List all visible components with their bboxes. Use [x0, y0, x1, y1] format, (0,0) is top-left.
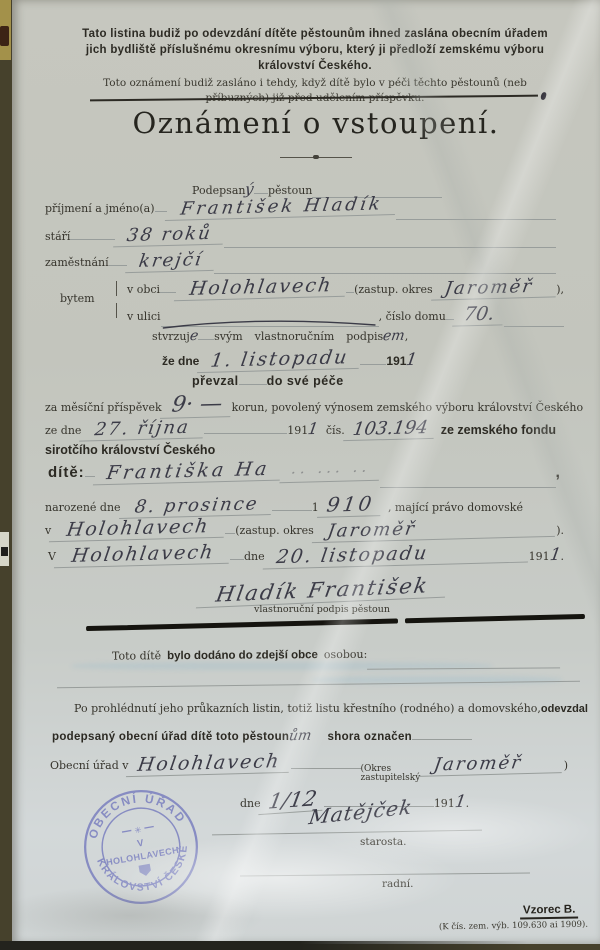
- form-code: Vzorec B.: [519, 903, 578, 919]
- delivery-row: Toto dítě bylo dodáno do zdejší obce oso…: [112, 646, 560, 671]
- stamp-ornament-line-left: [122, 830, 131, 832]
- confirm-hw1: e: [189, 328, 200, 344]
- office-label: Obecní úřad v: [50, 759, 128, 772]
- mayor-caption: starosta.: [360, 836, 406, 848]
- confirm-mid3: podpis: [346, 330, 383, 343]
- confirm-hw2: em: [382, 328, 406, 345]
- child-label: dítě:: [48, 464, 85, 481]
- allowance-suffix: korun, povolený výnosem zemského výboru …: [232, 401, 584, 414]
- inspection-line2: podepsaný obecní úřad dítě toto pěstoun …: [52, 728, 570, 744]
- decree-no-label: čís.: [326, 424, 345, 437]
- occupation-row: zaměstnání krejčí: [45, 250, 556, 274]
- title-ornament: [280, 155, 352, 159]
- form-reference: (K čís. zem. výb. 109.630 ai 1909).: [439, 920, 588, 933]
- municipal-stamp: OBECNÍ ÚŘAD KRÁLOVSTVÍ ČESKÉ ✳ V HOLOHLA…: [59, 765, 224, 930]
- decree-date-value: 27. října: [80, 416, 206, 441]
- district-close: ),: [556, 283, 564, 296]
- office-year-printed: 191: [434, 797, 455, 810]
- document-title: Oznámení o vstoupení.: [106, 106, 526, 140]
- header-notice: Tato listina budiž po odevzdání dítěte p…: [76, 26, 554, 106]
- born-year-hw: 910: [317, 491, 384, 518]
- decree-row: ze dne 27. října 191 1 čís. 103.194 ze z…: [45, 418, 556, 442]
- district-label: (zastup. okres: [354, 283, 433, 296]
- year-printed: 191: [386, 354, 406, 368]
- village-label: v obci: [127, 283, 160, 296]
- header-notice-regular: Toto oznámení budiž zasláno i tehdy, kdy…: [76, 76, 554, 106]
- that-date-value: 1. listopadu: [197, 346, 362, 373]
- confirm-mid1: svým: [214, 330, 243, 343]
- decree-year-printed: 191: [287, 424, 308, 437]
- signature-row: Hladík František: [172, 578, 472, 606]
- signing-date-value: 20. listopadu: [262, 540, 531, 570]
- decree-no-value: 103.194: [343, 417, 437, 441]
- signing-place-row: V Holohlavech dne 20. listopadu 191 1 .: [48, 543, 564, 569]
- house-no-value: 70.: [452, 302, 506, 326]
- name-value: František Hladík: [164, 193, 398, 221]
- age-row: stáří 38 roků: [45, 224, 556, 248]
- header-notice-bold: Tato listina budiž po odevzdání dítěte p…: [76, 26, 554, 74]
- district-value: Jaroměř: [431, 275, 558, 300]
- delivery-prefix: Toto dítě: [112, 649, 161, 662]
- delivery-bold: bylo dodáno do zdejší obce: [167, 649, 318, 662]
- okres-value: Jaroměř: [418, 751, 565, 777]
- allowance-row: za měsíční příspěvek 9· — korun, povolen…: [45, 392, 556, 416]
- councilman-caption: radní.: [382, 878, 413, 890]
- background-edge-spot: [0, 26, 9, 46]
- background-edge-dark-mark: [1, 547, 8, 556]
- stamp-ornament-line-right: [144, 826, 153, 828]
- occupation-value: krejčí: [125, 249, 216, 273]
- born-suffix: , mající právo domovské: [388, 501, 523, 514]
- allowance-value: 9· —: [160, 391, 234, 419]
- occupation-label: zaměstnání: [45, 256, 109, 269]
- stamp-crest-icon: [139, 864, 152, 877]
- handwritten-strike: [162, 321, 375, 328]
- stamp-ornament-star: ✳: [134, 826, 143, 837]
- took-over-line: převzal do své péče: [192, 374, 442, 388]
- inspect-bold3: shora označen: [328, 731, 412, 743]
- brace-tick-top: [116, 281, 117, 296]
- decree-year-hw: 1: [307, 419, 320, 438]
- inspection-line1: Po prohlédnutí jeho průkazních listin, t…: [74, 702, 570, 715]
- delivery-suffix: osobou:: [324, 648, 367, 661]
- street-row: v ulici , číslo domu 70.: [127, 303, 564, 327]
- home-row: v Holohlavech (zastup. okres Jaroměř ).: [45, 517, 564, 541]
- divider-left-segment: [86, 618, 398, 631]
- street-label: v ulici: [127, 310, 161, 323]
- foster-parent-signature: Hladík František: [195, 573, 448, 609]
- stamp-v-text: V: [136, 838, 145, 850]
- document-paper: Tato listina budiž po odevzdání dítěte p…: [12, 0, 600, 944]
- allowance-label: za měsíční příspěvek: [45, 401, 162, 414]
- confirm-prefix: stvrzuj: [152, 330, 190, 343]
- mayor-line: [212, 830, 482, 836]
- section-divider: [86, 614, 586, 631]
- office-date-label: dne: [240, 797, 261, 810]
- house-no-label: , číslo domu: [379, 310, 446, 323]
- took-over: převzal: [192, 374, 239, 388]
- divider-right-segment: [405, 614, 585, 623]
- village-value: Holohlavech: [174, 274, 348, 301]
- date-of-entry-line: že dne 1. listopadu 191 1: [162, 348, 482, 372]
- okres-close: ): [564, 759, 568, 772]
- born-label: narozené dne: [45, 501, 121, 514]
- age-label: stáří: [45, 230, 70, 243]
- age-value: 38 roků: [114, 223, 226, 248]
- councilman-line: [240, 872, 530, 876]
- child-comma: ,: [556, 464, 560, 482]
- home-district-label: (zastup. okres: [235, 524, 314, 537]
- fund-bold1: ze zemského fondu: [441, 423, 556, 437]
- child-name-faded: ·· ··· ··: [279, 462, 381, 484]
- photo-of-document: { "header": { "notice_bold": "Tato listi…: [0, 0, 600, 950]
- okres-label-stack: (Okres zastupitelský: [361, 765, 421, 783]
- signing-place-value: Holohlavech: [54, 541, 232, 569]
- decree-date-label: ze dne: [45, 424, 81, 437]
- village-row: v obci Holohlavech (zastup. okres Jaromě…: [127, 276, 564, 300]
- name-label: příjmení a jméno(a): [45, 202, 155, 215]
- background-bottom-edge: [0, 941, 600, 950]
- residence-label: bytem: [60, 292, 95, 305]
- brace-tick-bottom: [116, 303, 117, 318]
- signing-date-label: dne: [244, 550, 265, 563]
- into-care: do své péče: [267, 374, 344, 388]
- year-handwritten: 1: [405, 350, 419, 370]
- confirm-line: stvrzuj e svým vlastnoručním podpis em ,: [152, 328, 482, 344]
- confirm-comma: ,: [405, 330, 409, 343]
- that-date-label: že dne: [162, 354, 199, 368]
- street-blank: [161, 303, 379, 327]
- okres-label2: zastupitelský: [361, 774, 421, 783]
- inspect-bold1: odevzdal: [541, 703, 588, 715]
- inspect-text: Po prohlédnutí jeho průkazních listin, t…: [74, 702, 541, 715]
- inspect-bold2: podepsaný obecní úřad dítě toto pěstoun: [52, 731, 289, 743]
- child-name-value: Františka Ha: [93, 458, 283, 486]
- signing-year-printed: 191: [529, 550, 550, 563]
- name-row: příjmení a jméno(a) František Hladík: [45, 196, 556, 220]
- confirm-mid2: vlastnoručním: [255, 330, 335, 343]
- signature-caption: vlastnoruční podpis pěstoun: [182, 604, 462, 615]
- inspect-hw: ům: [288, 728, 313, 745]
- home-close: ).: [556, 524, 564, 537]
- home-value: Holohlavech: [49, 515, 227, 543]
- born-row: narozené dne 8. prosince 1 910 , mající …: [45, 492, 560, 516]
- child-row: dítě: Františka Ha ·· ··· ·· ,: [48, 460, 560, 488]
- fund-bold2: sirotčího království Českého: [45, 443, 215, 457]
